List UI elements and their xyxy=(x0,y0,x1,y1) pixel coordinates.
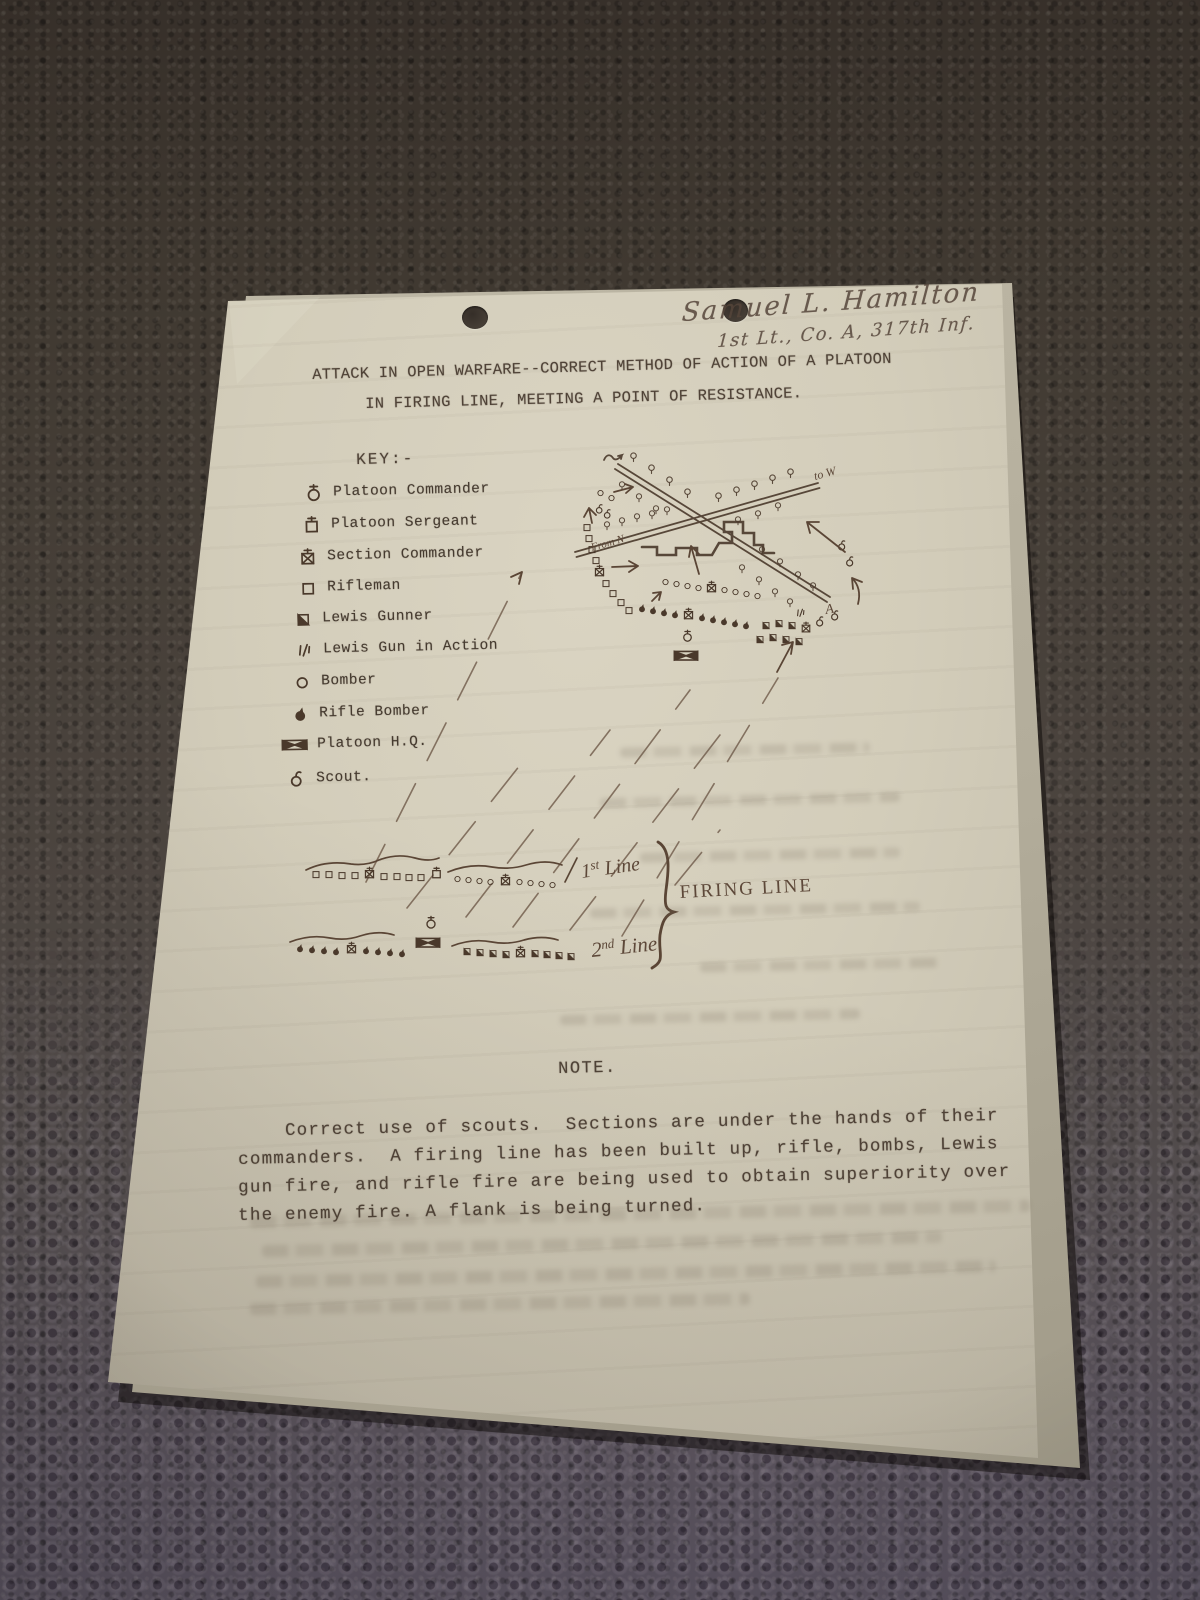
photo-scene: Samuel L. Hamilton 1st Lt., Co. A, 317th… xyxy=(0,0,1200,1600)
photo-vignette xyxy=(0,0,1200,1600)
